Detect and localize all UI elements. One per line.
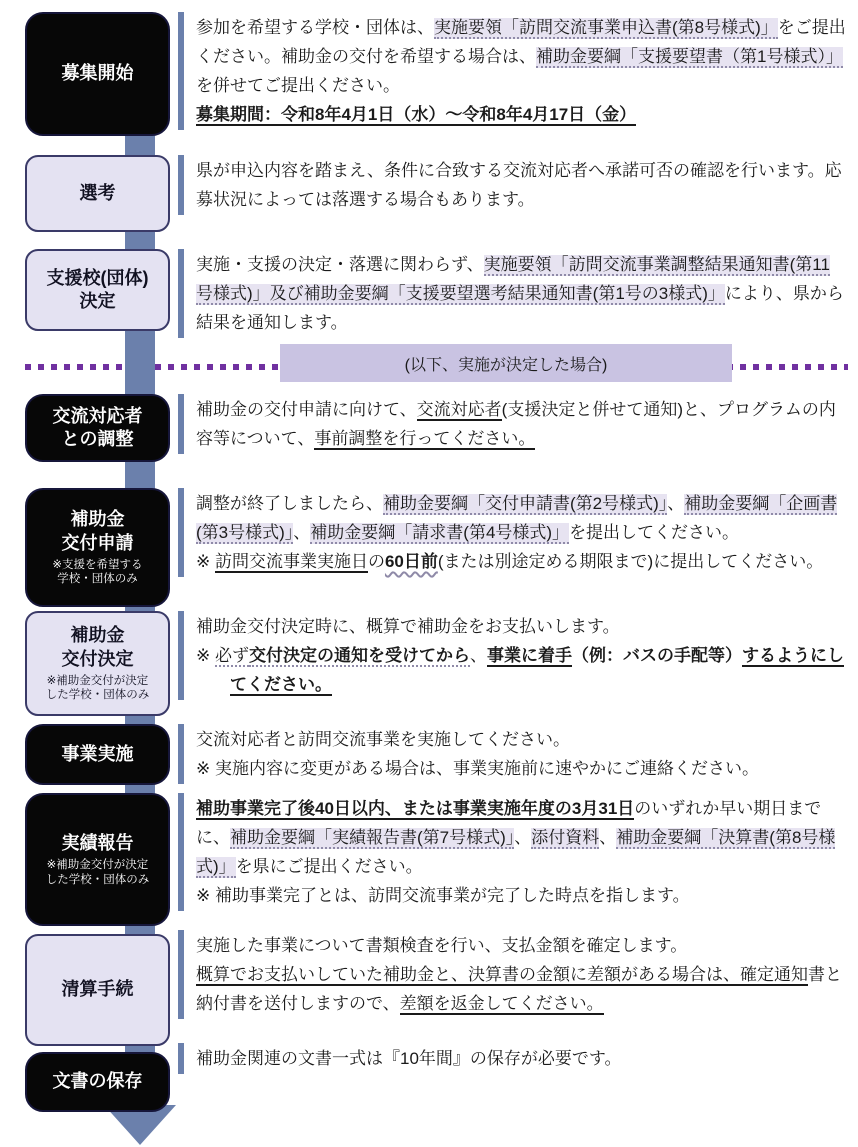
- step-description: 補助金交付決定時に、概算で補助金をお支払いします。※ 必ず交付決定の通知を受けて…: [178, 611, 846, 700]
- description-paragraph: 参加を希望する学校・団体は、実施要領「訪問交流事業申込書(第8号様式)」をご提出…: [196, 13, 846, 100]
- text-run: 補助金関連の文書一式は『10年間』の保存が必要です。: [196, 1049, 622, 1068]
- description-paragraph: ※ 必ず交付決定の通知を受けてから、事業に着手（例：バスの手配等）するようにして…: [196, 641, 846, 699]
- step-box: 交流対応者 との調整: [25, 394, 170, 462]
- text-run: 実施要領「訪問交流事業申込書(第8号様式)」: [434, 18, 778, 39]
- step-box-label: 実績報告: [62, 832, 134, 855]
- step-box-note: ※補助金交付が決定 した学校・団体のみ: [46, 674, 150, 703]
- description-paragraph: 補助金交付決定時に、概算で補助金をお支払いします。: [196, 612, 846, 641]
- description-paragraph: 交流対応者と訪問交流事業を実施してください。: [196, 725, 846, 754]
- text-run: (または別途定める期限まで)に提出してください。: [438, 552, 823, 571]
- text-run: の: [368, 552, 385, 571]
- text-run: する: [742, 646, 776, 667]
- text-run: 、: [470, 646, 487, 665]
- text-run: 補助金要綱「支援要望書（第1号様式）」: [536, 47, 843, 68]
- text-run: を県にご提出ください。: [236, 857, 423, 876]
- process-step-row: 事業実施 交流対応者と訪問交流事業を実施してください。※ 実施内容に変更がある場…: [25, 724, 846, 785]
- description-paragraph: ※ 補助事業完了とは、訪問交流事業が完了した時点を指します。: [196, 881, 846, 910]
- text-run: 参加を希望する学校・団体は、: [196, 18, 434, 37]
- text-run: 調整が終了しましたら、: [196, 494, 383, 513]
- step-box: 文書の保存: [25, 1052, 170, 1112]
- text-run: 60日前: [385, 552, 438, 571]
- text-run: を併せてご提出ください。: [196, 76, 400, 95]
- process-step-row: 支援校(団体) 決定 実施・支援の決定・落選に関わらず、実施要領「訪問交流事業調…: [25, 249, 846, 338]
- step-description: 参加を希望する学校・団体は、実施要領「訪問交流事業申込書(第8号様式)」をご提出…: [178, 12, 846, 130]
- step-box-label: 事業実施: [62, 743, 134, 766]
- description-paragraph: 補助事業完了後40日以内、または事業実施年度の3月31日のいずれか早い期日までに…: [196, 794, 846, 881]
- text-run: 補助金要綱「交付申請書(第2号様式)」: [383, 494, 667, 515]
- process-step-row: 補助金 交付申請 ※支援を希望する 学校・団体のみ 調整が終了しましたら、補助金…: [25, 488, 846, 607]
- text-run: 、: [599, 828, 616, 847]
- description-paragraph: 県が申込内容を踏まえ、条件に合致する交流対応者へ承諾可否の確認を行います。応募状…: [196, 156, 846, 214]
- text-run: 事前調整を行ってください。: [314, 429, 535, 450]
- description-paragraph: ※ 訪問交流事業実施日の60日前(または別途定める期限まで)に提出してください。: [196, 547, 846, 576]
- process-step-row: 実績報告 ※補助金交付が決定 した学校・団体のみ 補助事業完了後40日以内、また…: [25, 793, 846, 926]
- text-run: 、: [667, 494, 684, 513]
- description-paragraph: 調整が終了しましたら、補助金要綱「交付申請書(第2号様式)」、補助金要綱「企画書…: [196, 489, 846, 547]
- text-run: 添付資料: [531, 828, 599, 849]
- description-paragraph: 補助金関連の文書一式は『10年間』の保存が必要です。: [196, 1044, 846, 1073]
- text-run: 概算でお支払いしていた補助金と、決算書の金額に差額がある場合は、確定通知: [196, 965, 808, 986]
- step-box: 補助金 交付申請 ※支援を希望する 学校・団体のみ: [25, 488, 170, 607]
- divider-label: (以下、実施が決定した場合): [280, 344, 732, 382]
- step-box: 清算手続: [25, 934, 170, 1046]
- step-box: 実績報告 ※補助金交付が決定 した学校・団体のみ: [25, 793, 170, 926]
- step-box: 補助金 交付決定 ※補助金交付が決定 した学校・団体のみ: [25, 611, 170, 716]
- process-flowchart: (以下、実施が決定した場合) 募集開始 参加を希望する学校・団体は、実施要領「訪…: [0, 0, 858, 1147]
- step-description: 交流対応者と訪問交流事業を実施してください。※ 実施内容に変更がある場合は、事業…: [178, 724, 846, 784]
- text-run: ※: [196, 646, 215, 665]
- text-run: 交流対応者と訪問交流事業を実施してください。: [196, 730, 570, 749]
- step-description: 調整が終了しましたら、補助金要綱「交付申請書(第2号様式)」、補助金要綱「企画書…: [178, 488, 846, 577]
- text-run: 実施・支援の決定・落選に関わらず、: [196, 255, 484, 274]
- text-run: 訪問交流事業実施日: [215, 552, 368, 573]
- text-run: 募集期間：令和8年4月1日（水）～令和8年4月17日（金）: [196, 105, 636, 126]
- process-step-row: 清算手続 実施した事業について書類検査を行い、支払金額を確定します。概算でお支払…: [25, 930, 846, 1046]
- description-paragraph: 概算でお支払いしていた補助金と、決算書の金額に差額がある場合は、確定通知書と納付…: [196, 960, 846, 1018]
- text-run: 実施した事業について書類検査を行い、支払金額を確定します。: [196, 936, 687, 955]
- description-paragraph: 募集期間：令和8年4月1日（水）～令和8年4月17日（金）: [196, 100, 846, 129]
- text-run: ※: [196, 552, 215, 571]
- text-run: 県が申込内容を踏まえ、条件に合致する交流対応者へ承諾可否の確認を行います。応募状…: [196, 161, 842, 209]
- process-step-row: 募集開始 参加を希望する学校・団体は、実施要領「訪問交流事業申込書(第8号様式)…: [25, 12, 846, 136]
- step-box: 支援校(団体) 決定: [25, 249, 170, 331]
- description-paragraph: 実施・支援の決定・落選に関わらず、実施要領「訪問交流事業調整結果通知書(第11号…: [196, 250, 846, 337]
- description-paragraph: ※ 実施内容に変更がある場合は、事業実施前に速やかにご連絡ください。: [196, 754, 846, 783]
- text-run: 、: [293, 523, 310, 542]
- step-box: 事業実施: [25, 724, 170, 785]
- text-run: 補助金要綱「請求書(第4号様式)」: [310, 523, 569, 544]
- step-description: 補助事業完了後40日以内、または事業実施年度の3月31日のいずれか早い期日までに…: [178, 793, 846, 911]
- text-run: 補助金の交付申請に向けて、: [196, 400, 417, 419]
- step-description: 補助金関連の文書一式は『10年間』の保存が必要です。: [178, 1043, 846, 1074]
- text-run: 交付決定の通知を受けてから: [249, 646, 470, 667]
- text-run: 補助金交付決定時に、概算で補助金をお支払いします。: [196, 617, 620, 636]
- step-description: 実施した事業について書類検査を行い、支払金額を確定します。概算でお支払いしていた…: [178, 930, 846, 1019]
- text-run: 、: [514, 828, 531, 847]
- process-step-row: 選考 県が申込内容を踏まえ、条件に合致する交流対応者へ承諾可否の確認を行います。…: [25, 155, 846, 232]
- step-box: 募集開始: [25, 12, 170, 136]
- text-run: 補助事業完了後40日以内、または事業実施年度の3月31日: [196, 799, 634, 820]
- step-description: 県が申込内容を踏まえ、条件に合致する交流対応者へ承諾可否の確認を行います。応募状…: [178, 155, 846, 215]
- text-run: 事業に着手: [487, 646, 572, 667]
- text-run: 差額を返金してください。: [400, 994, 604, 1015]
- text-run: ※ 実施内容に変更がある場合は、事業実施前に速やかにご連絡ください。: [196, 759, 759, 778]
- step-box: 選考: [25, 155, 170, 232]
- step-box-label: 選考: [80, 182, 116, 205]
- description-paragraph: 補助金の交付申請に向けて、交流対応者(支援決定と併せて通知)と、プログラムの内容…: [196, 395, 846, 453]
- step-box-note: ※補助金交付が決定 した学校・団体のみ: [46, 858, 150, 887]
- step-box-note: ※支援を希望する 学校・団体のみ: [52, 558, 142, 587]
- process-step-row: 補助金 交付決定 ※補助金交付が決定 した学校・団体のみ 補助金交付決定時に、概…: [25, 611, 846, 716]
- step-box-label: 支援校(団体) 決定: [47, 267, 149, 314]
- step-box-label: 文書の保存: [53, 1070, 143, 1093]
- text-run: 補助金要綱「実績報告書(第7号様式)」: [230, 828, 514, 849]
- step-box-label: 交流対応者 との調整: [53, 405, 143, 452]
- text-run: 必ず: [215, 646, 249, 667]
- text-run: （例：バスの手配等）: [572, 646, 742, 665]
- text-run: ※ 補助事業完了とは、訪問交流事業が完了した時点を指します。: [196, 886, 690, 905]
- step-box-label: 清算手続: [62, 978, 134, 1001]
- text-run: を提出してください。: [569, 523, 739, 542]
- step-description: 補助金の交付申請に向けて、交流対応者(支援決定と併せて通知)と、プログラムの内容…: [178, 394, 846, 454]
- text-run: 交流対応者: [417, 400, 502, 421]
- process-step-row: 交流対応者 との調整 補助金の交付申請に向けて、交流対応者(支援決定と併せて通知…: [25, 394, 846, 462]
- step-description: 実施・支援の決定・落選に関わらず、実施要領「訪問交流事業調整結果通知書(第11号…: [178, 249, 846, 338]
- description-paragraph: 実施した事業について書類検査を行い、支払金額を確定します。: [196, 931, 846, 960]
- step-box-label: 補助金 交付決定: [62, 624, 134, 671]
- step-box-label: 募集開始: [62, 62, 134, 85]
- step-box-label: 補助金 交付申請: [62, 508, 134, 555]
- process-step-row: 文書の保存 補助金関連の文書一式は『10年間』の保存が必要です。: [25, 1043, 846, 1112]
